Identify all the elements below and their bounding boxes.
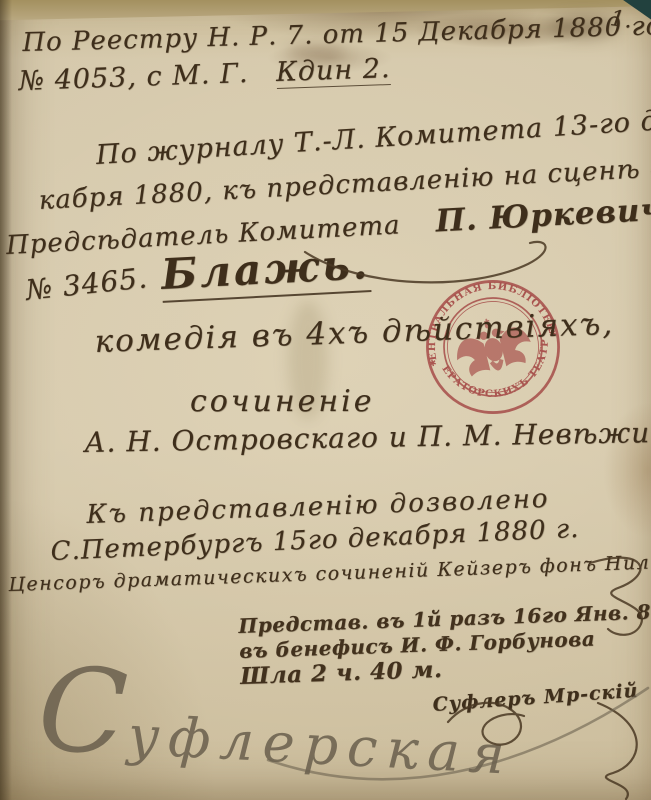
- manuscript-title-page: 1. По Реестру Н. Р. 7. от 15 Декабря 188…: [0, 0, 651, 800]
- archive-number: № 3465.: [24, 261, 149, 307]
- premiere-note: Представ. въ 1й разъ 16го Янв. 81 г. въ …: [238, 598, 651, 689]
- registry-number: № 4053, с М. Г.: [18, 58, 249, 97]
- registry-line-2: № 4053, с М. Г. Кдин 2.: [18, 53, 391, 97]
- signature-tail-flourish: [598, 703, 637, 799]
- page-left-edge: [0, 0, 12, 800]
- chairman-signature: П. Юркевичъ: [435, 190, 651, 239]
- authors-line: А. Н. Островскаго и П. М. Невѣжина.: [84, 415, 651, 459]
- play-title: Блажь.: [160, 239, 372, 303]
- registry-note: Кдин 2.: [275, 53, 391, 89]
- byline: сочиненіе: [190, 384, 374, 419]
- stamp-separator-left-icon: ✱: [428, 358, 438, 370]
